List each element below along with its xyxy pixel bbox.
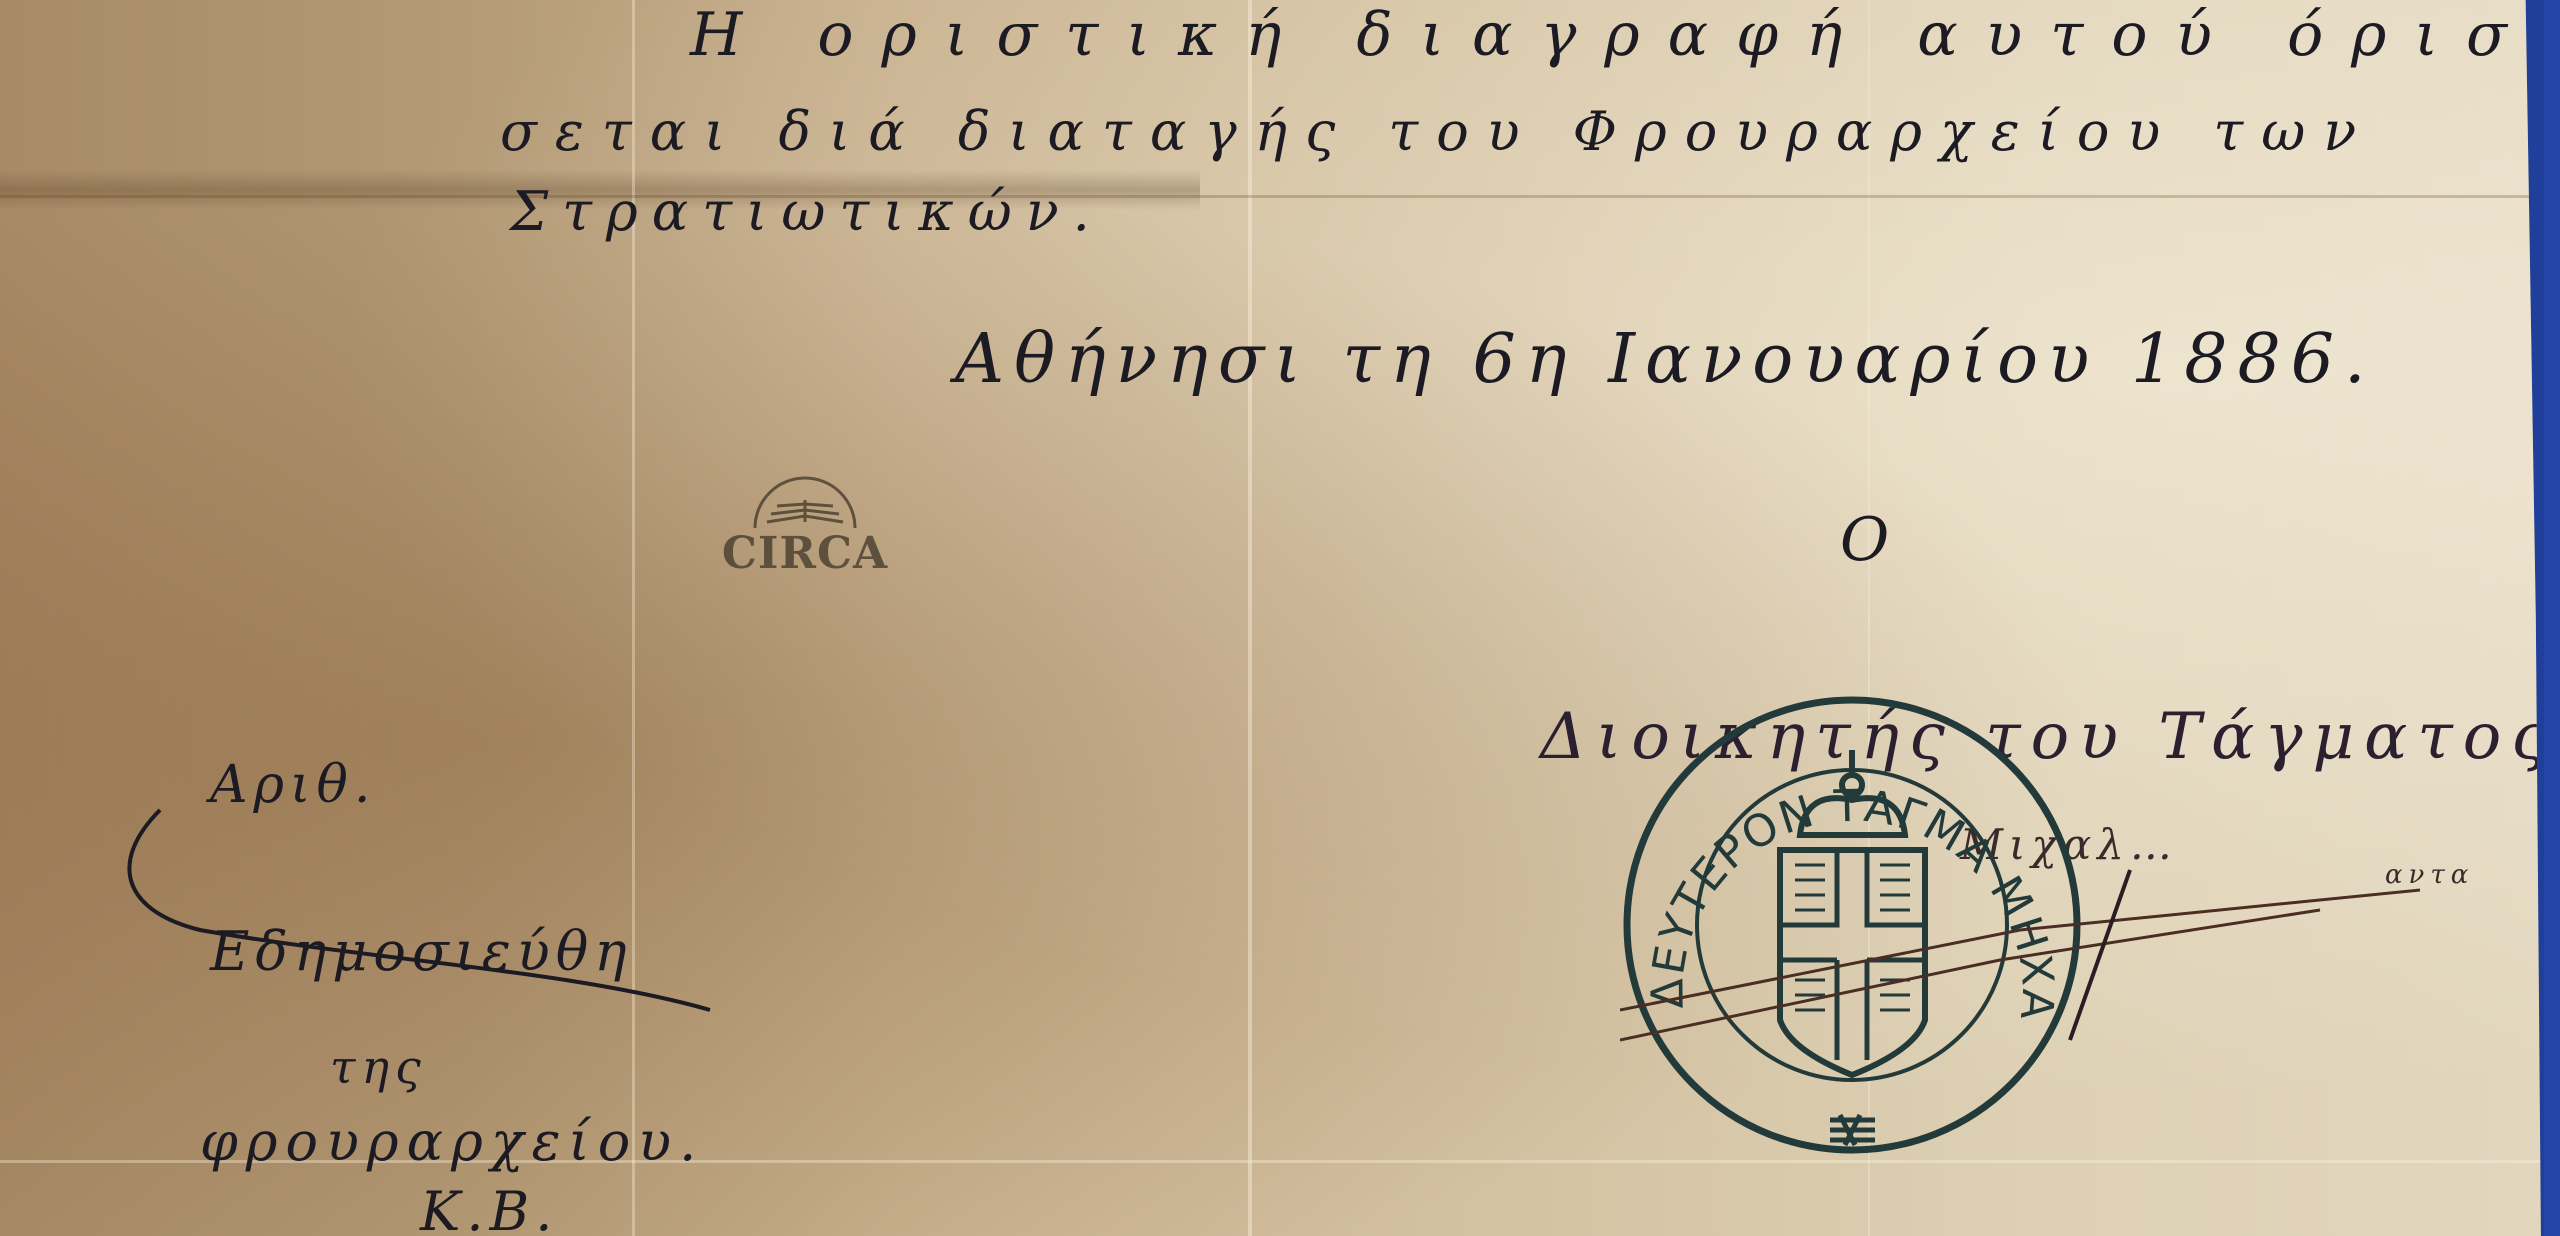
reference-line: Κ.Β.: [420, 1180, 558, 1236]
body-line-1: Η οριστική διαγραφή αυτού όριση-: [690, 0, 2560, 70]
honorific: Ο: [1840, 505, 1895, 575]
body-line-3: Στρατιωτικών.: [510, 180, 1104, 243]
fold-crease: [0, 195, 2546, 198]
reference-line: της: [330, 1040, 427, 1094]
open-book-arc-icon: [745, 470, 865, 530]
dateline: Αθήνησι τη 6η Ιανουαρίου 1886.: [955, 320, 2376, 399]
watermark-text: CIRCA: [715, 528, 895, 579]
background-cloth: [2544, 0, 2560, 1236]
watermark: CIRCA: [715, 470, 895, 579]
document-paper: Η οριστική διαγραφή αυτού όριση- σεται δ…: [0, 0, 2546, 1236]
reference-line: φρουραρχείου.: [200, 1110, 704, 1173]
body-line-2: σεται διά διαταγής του Φρουραρχείου των: [500, 100, 2374, 163]
flourish-underline: [120, 800, 740, 1020]
stamp-ornament-icon: [1830, 1115, 1875, 1145]
fold-crease: [1248, 0, 1252, 1236]
signature-strokes: [1620, 850, 2520, 1050]
